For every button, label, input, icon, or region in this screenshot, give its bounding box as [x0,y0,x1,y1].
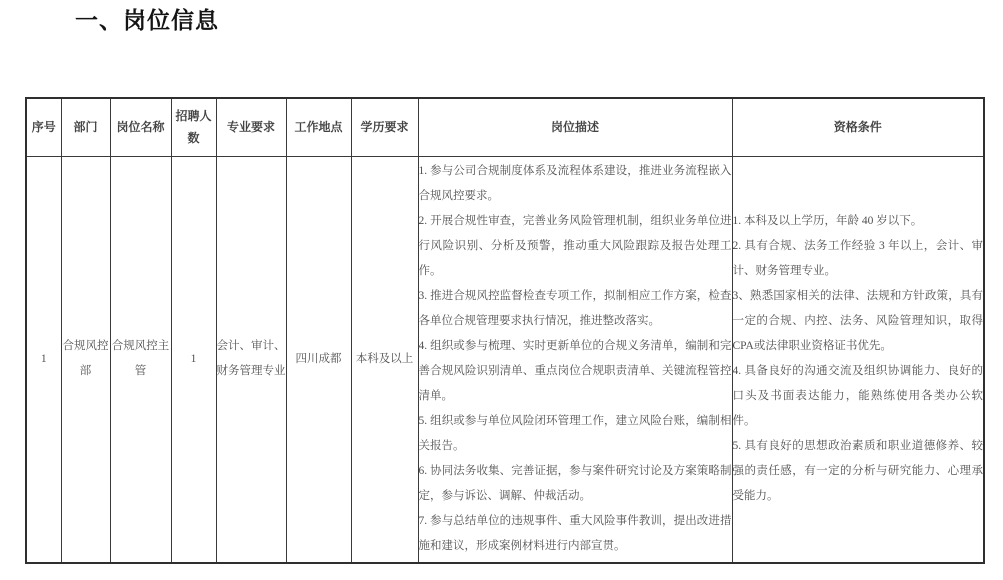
paragraph: 3、熟悉国家相关的法律、法规和方针政策，具有一定的合规、内控、法务、风险管理知识… [733,284,984,359]
paragraph: 7. 参与总结单位的违规事件、重大风险事件教训，提出改进措施和建议，形成案例材料… [419,509,732,559]
header-qualification: 资格条件 [732,98,984,156]
cell-qualification: 1. 本科及以上学历，年龄 40 岁以下。2. 具有合规、法务工作经验 3 年以… [732,156,984,563]
cell-headcount: 1 [171,156,216,563]
paragraph: 3. 推进合规风控监督检查专项工作，拟制相应工作方案，检查各单位合规管理要求执行… [419,284,732,334]
cell-position-name: 合规风控主管 [110,156,171,563]
table-header-row: 序号 部门 岗位名称 招聘人数 专业要求 工作地点 学历要求 岗位描述 资格条件 [26,98,984,156]
cell-department: 合规风控部 [61,156,110,563]
paragraph: 4. 组织或参与梳理、实时更新单位的合规义务清单，编制和完善合规风险识别清单、重… [419,334,732,409]
paragraph: 5. 具有良好的思想政治素质和职业道德修养、较强的责任感，有一定的分析与研究能力… [733,434,984,509]
paragraph: 5. 组织或参与单位风险闭环管理工作，建立风险台账，编制相关报告。 [419,409,732,459]
header-department: 部门 [61,98,110,156]
cell-education-requirement: 本科及以上 [351,156,418,563]
header-position-name: 岗位名称 [110,98,171,156]
header-job-description: 岗位描述 [418,98,732,156]
table-row: 1 合规风控部 合规风控主管 1 会计、审计、财务管理专业 四川成都 本科及以上… [26,156,984,563]
cell-seq: 1 [26,156,61,563]
header-education-requirement: 学历要求 [351,98,418,156]
paragraph: 1. 本科及以上学历，年龄 40 岁以下。 [733,209,984,234]
paragraph: 6. 协同法务收集、完善证据，参与案件研究讨论及方案策略制定，参与诉讼、调解、仲… [419,459,732,509]
cell-major-requirement: 会计、审计、财务管理专业 [216,156,286,563]
document-page: 一、岗位信息 序号 部门 岗位名称 招聘人数 专业要求 工作地点 学历要求 岗位… [0,0,1003,580]
paragraph: 1. 参与公司合规制度体系及流程体系建设，推进业务流程嵌入合规风控要求。 [419,159,732,209]
paragraph: 4. 具备良好的沟通交流及组织协调能力、良好的口头及书面表达能力，能熟练使用各类… [733,359,984,434]
header-seq: 序号 [26,98,61,156]
header-major-requirement: 专业要求 [216,98,286,156]
cell-job-description: 1. 参与公司合规制度体系及流程体系建设，推进业务流程嵌入合规风控要求。2. 开… [418,156,732,563]
section-title: 一、岗位信息 [75,2,219,35]
paragraph: 2. 开展合规性审查，完善业务风险管理机制，组织业务单位进行风险识别、分析及预警… [419,209,732,284]
header-headcount: 招聘人数 [171,98,216,156]
cell-work-location: 四川成都 [286,156,351,563]
paragraph: 2. 具有合规、法务工作经验 3 年以上，会计、审计、财务管理专业。 [733,234,984,284]
job-info-table: 序号 部门 岗位名称 招聘人数 专业要求 工作地点 学历要求 岗位描述 资格条件… [25,97,985,564]
header-work-location: 工作地点 [286,98,351,156]
